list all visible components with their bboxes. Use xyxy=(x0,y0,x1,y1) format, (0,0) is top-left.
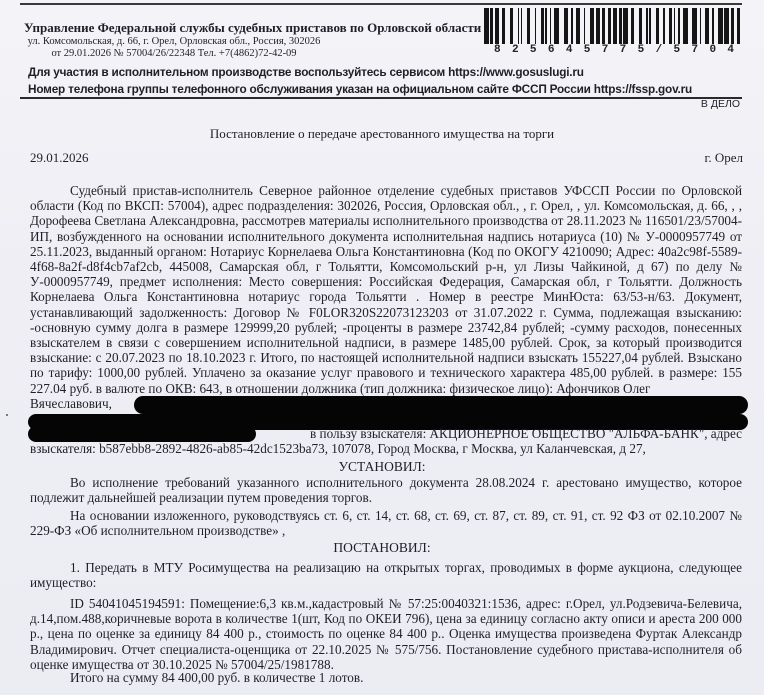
established-heading: УСТАНОВИЛ: xyxy=(0,459,764,475)
document-city: г. Орел xyxy=(704,150,743,166)
barcode-digit: 7 xyxy=(620,44,627,56)
creditor-address: взыскателя: b587ebb8-2892-4826-ab85-42dc… xyxy=(30,441,742,456)
document-title: Постановление о передаче арестованного и… xyxy=(0,126,764,142)
barcode-digit: 2 xyxy=(512,44,519,56)
barcode-number: 825645775/5704 xyxy=(494,44,734,56)
barcode-digit: 7 xyxy=(691,44,698,56)
barcode-digit: 4 xyxy=(727,44,734,56)
barcode-digit: 4 xyxy=(566,44,573,56)
organization-name: Управление Федеральной службы судебных п… xyxy=(24,20,324,36)
in-case-mark: В ДЕЛО xyxy=(701,98,740,110)
document-date: 29.01.2026 xyxy=(30,150,89,166)
barcode-digit: 7 xyxy=(602,44,609,56)
property-description: ID 54041045194591: Помещение:6,3 кв.м.,к… xyxy=(30,596,742,672)
redaction-bar xyxy=(134,396,748,414)
barcode-digit: 5 xyxy=(584,44,591,56)
barcode-digit: 5 xyxy=(638,44,645,56)
header-divider xyxy=(20,97,742,99)
top-rule xyxy=(20,3,742,5)
resolved-heading: ПОСТАНОВИЛ: xyxy=(0,540,764,556)
barcode-digit: 8 xyxy=(494,44,501,56)
redaction-bar xyxy=(28,426,256,442)
barcode-digit: 6 xyxy=(548,44,555,56)
outgoing-reference: от 29.01.2026 № 57004/26/22348 Тел. +7(4… xyxy=(24,48,324,60)
scan-speck xyxy=(6,414,8,416)
barcode-digit: 0 xyxy=(709,44,716,56)
barcode-digit: 5 xyxy=(530,44,537,56)
legal-basis-paragraph: На основании изложенного, руководствуясь… xyxy=(30,508,742,538)
gosuslugi-notice: Для участия в исполнительном производств… xyxy=(28,65,584,79)
creditor-line: в пользу взыскателя: АКЦИОНЕРНОЕ ОБЩЕСТВ… xyxy=(258,426,742,441)
intro-paragraph: Судебный пристав-исполнитель Северное ра… xyxy=(30,183,742,396)
barcode xyxy=(484,8,742,44)
barcode-digit: / xyxy=(656,44,663,56)
barcode-digit: 5 xyxy=(674,44,681,56)
resolution-item-1: 1. Передать в МТУ Росимущества на реализ… xyxy=(30,560,742,590)
established-paragraph: Во исполнение требований указанного испо… xyxy=(30,475,742,505)
total-line: Итого на сумму 84 400,00 руб. в количест… xyxy=(30,670,742,685)
organization-address: ул. Комсомольская, д. 66, г. Орел, Орлов… xyxy=(24,36,324,48)
phone-notice: Номер телефона группы телефонного обслуж… xyxy=(28,82,692,96)
